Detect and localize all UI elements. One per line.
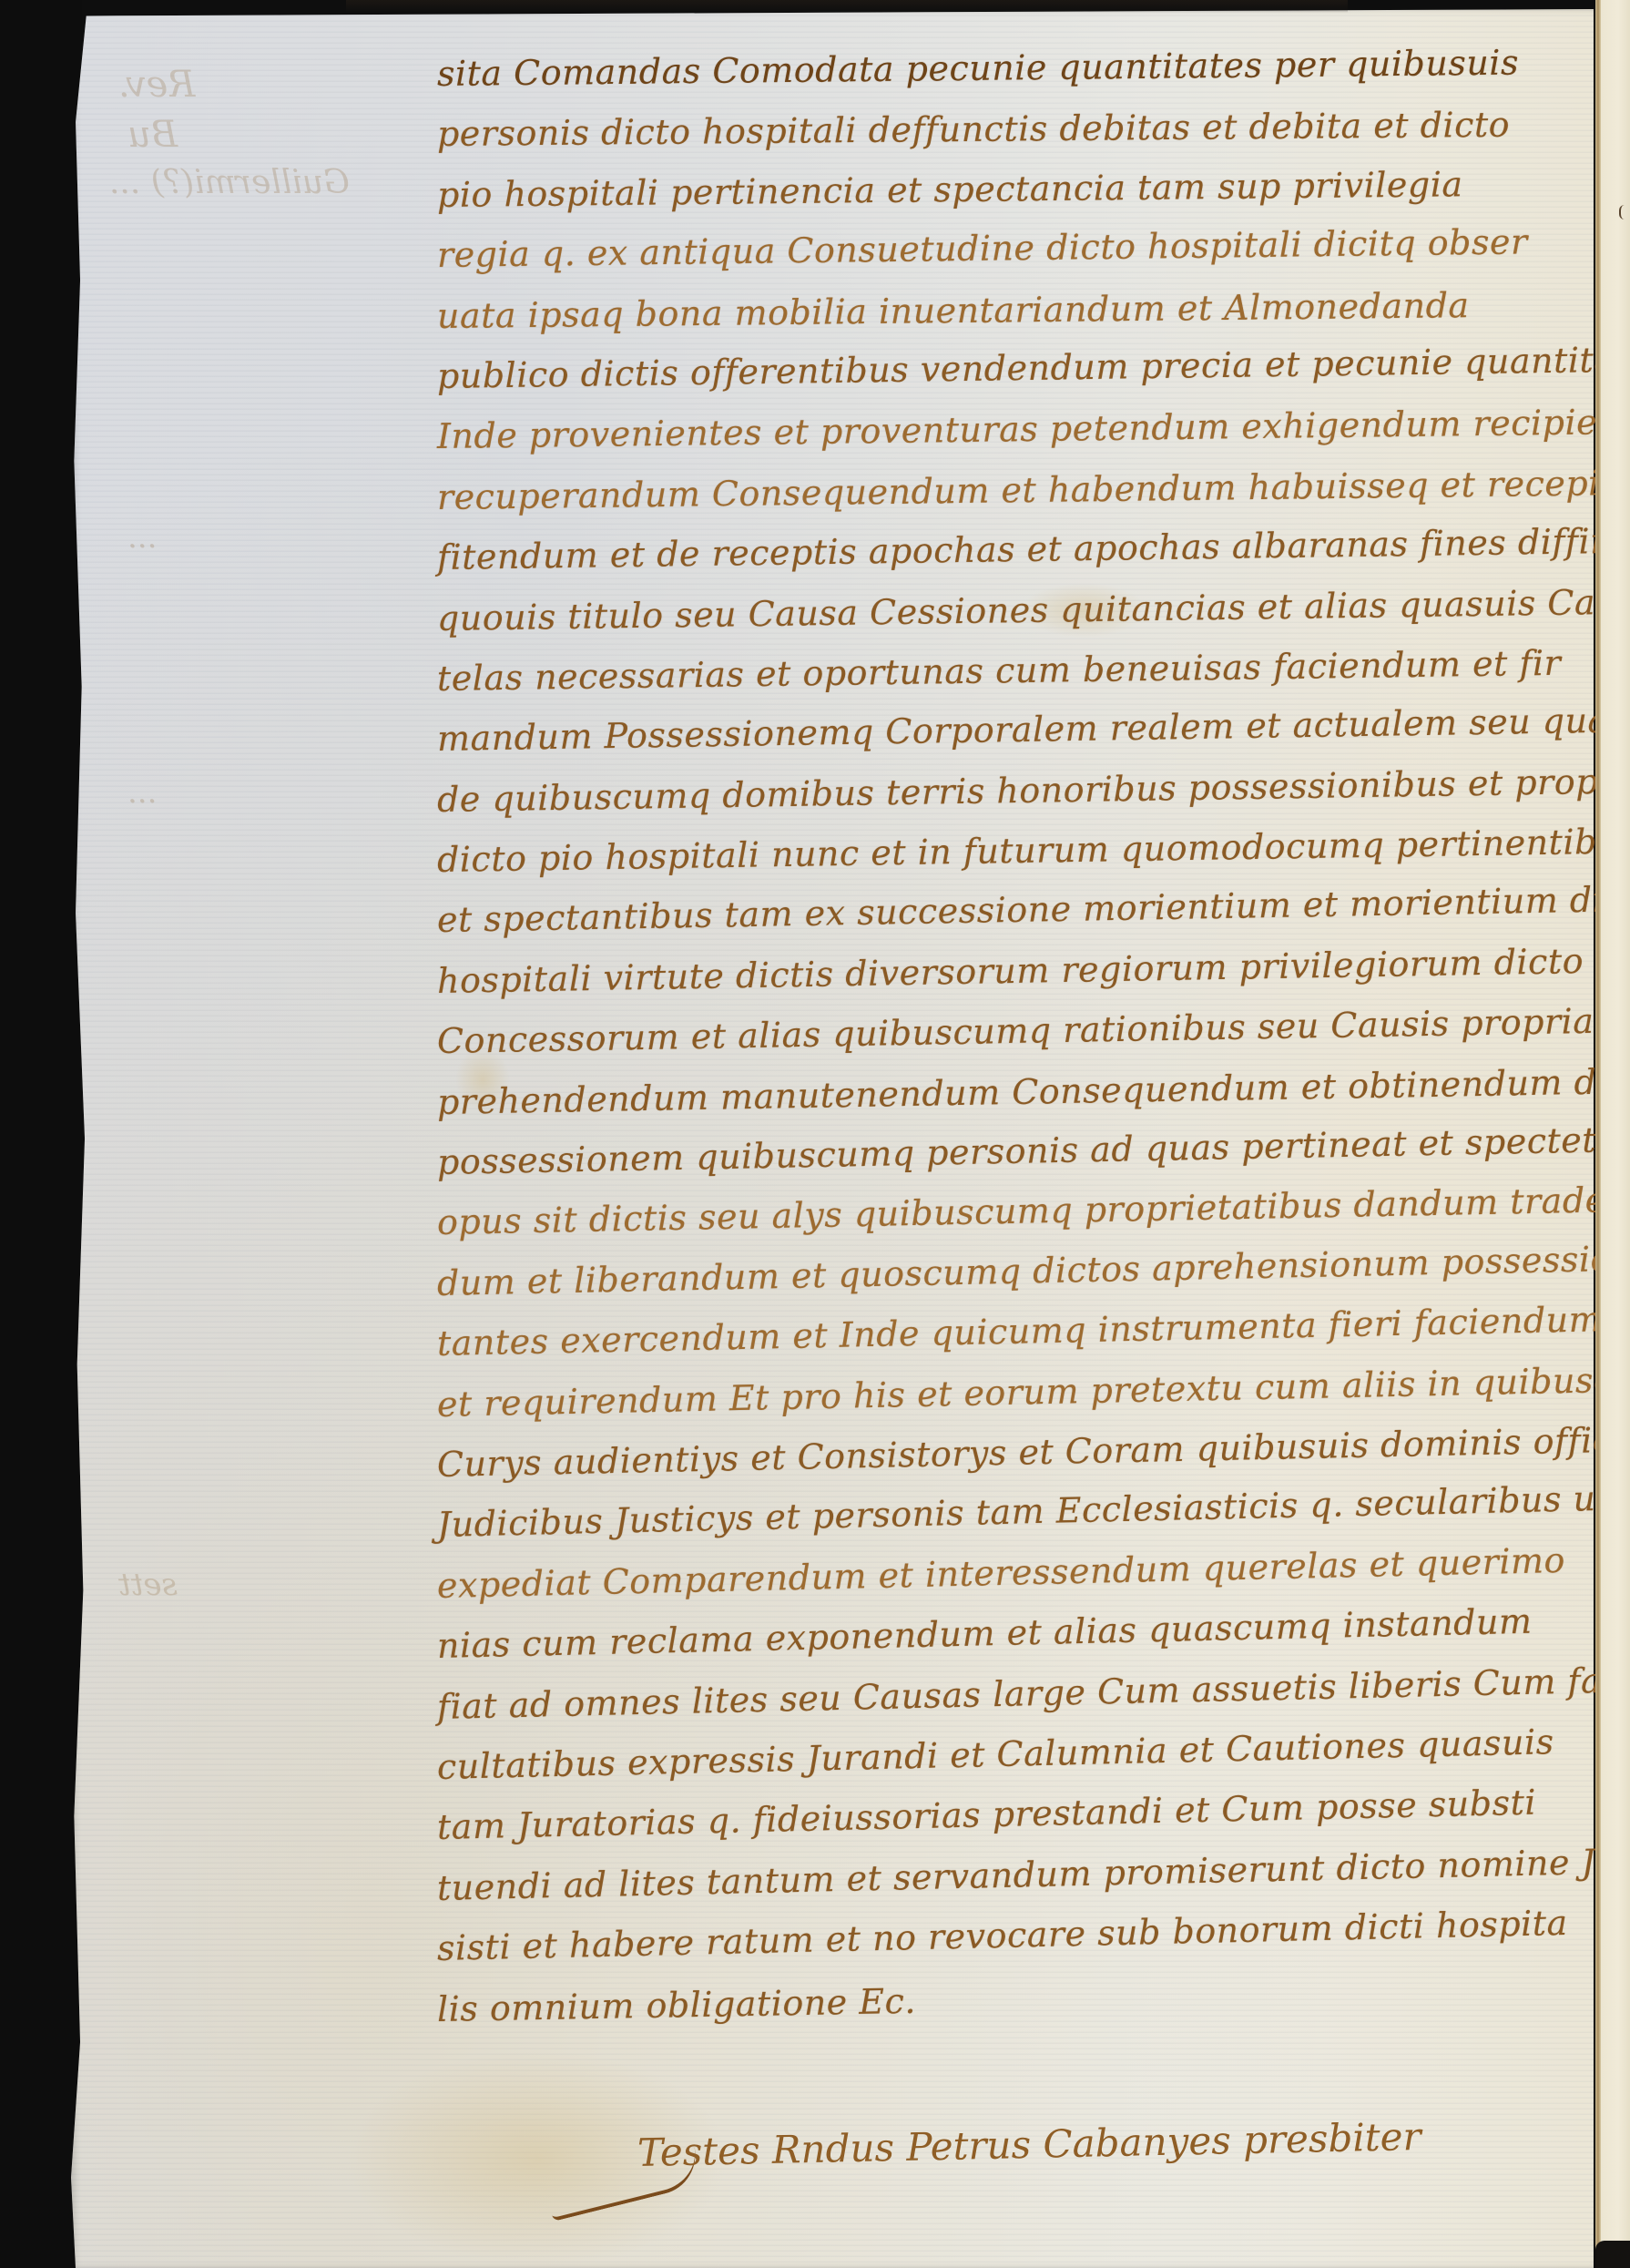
margin-note: Rev. xyxy=(118,64,195,106)
bleed-through-marginalia: Rev. Bu Guillermi(?) ... ... ... sett xyxy=(91,27,437,2213)
top-edge-shadow xyxy=(346,0,1348,13)
black-backdrop xyxy=(0,0,82,2268)
text-line-4: regia q. ex antiqua Consuetudine dicto h… xyxy=(437,211,1585,286)
margin-note: ... xyxy=(127,774,157,811)
margin-note: Bu xyxy=(127,114,178,156)
manuscript-scan: Rev. Bu Guillermi(?) ... ... ... sett si… xyxy=(0,0,1630,2268)
corner-shadow xyxy=(1595,2241,1630,2268)
text-line-1: sita Comandas Comodata pecunie quantitat… xyxy=(437,32,1585,105)
facing-page-edge xyxy=(1601,0,1630,2268)
margin-note: sett xyxy=(118,1567,178,1603)
margin-note: ... xyxy=(127,519,157,556)
margin-note: Guillermi(?) ... xyxy=(109,164,350,201)
facing-page-ink-mark xyxy=(1619,205,1628,220)
manuscript-text-block: sita Comandas Comodata pecunie quantitat… xyxy=(437,44,1584,2039)
